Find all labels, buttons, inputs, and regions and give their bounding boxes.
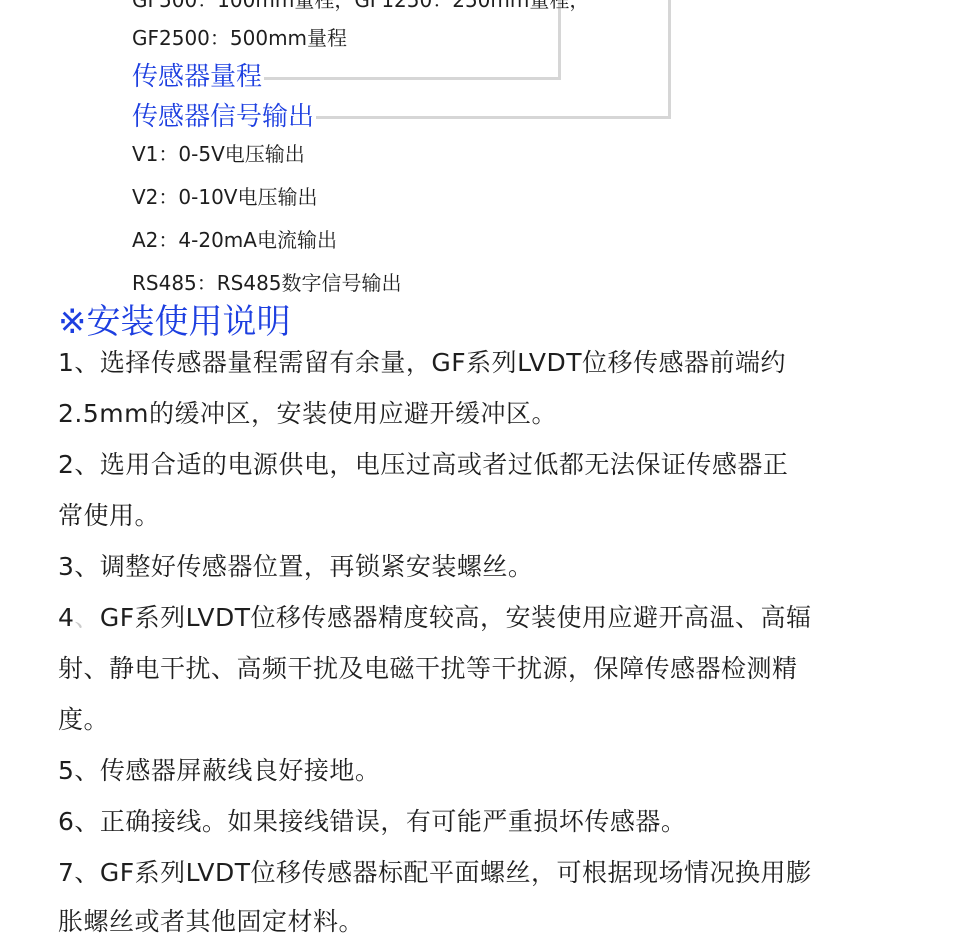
item-text: GF系列LVDT位移传感器精度较高，安装使用应避开高温、高辐 — [100, 603, 812, 632]
install-line-4-number: 4、GF系列LVDT位移传感器精度较高，安装使用应避开高温、高辐 — [58, 603, 811, 633]
install-line: 2、选用合适的电源供电，电压过高或者过低都无法保证传感器正 — [58, 450, 788, 480]
install-heading: ※安装使用说明 — [58, 302, 291, 342]
install-line: 度。 — [58, 705, 109, 735]
range-line-2: GF2500：500mm量程 — [132, 26, 347, 50]
install-line: 射、静电干扰、高频干扰及电磁干扰等干扰源，保障传感器检测精 — [58, 654, 798, 684]
install-line: 3、调整好传感器位置，再锁紧安装螺丝。 — [58, 552, 533, 582]
item-number: 4 — [58, 603, 74, 632]
install-line: 2.5mm的缓冲区，安装使用应避开缓冲区。 — [58, 399, 557, 429]
output-line-rs485: RS485：RS485数字信号输出 — [132, 271, 402, 295]
range-line-1: GF500：100mm量程，GF1250：250mm量程， — [132, 0, 589, 12]
output-line-v2: V2：0-10V电压输出 — [132, 185, 317, 209]
install-line: 7、GF系列LVDT位移传感器标配平面螺丝，可根据现场情况换用膨 — [58, 858, 811, 888]
install-line: 胀螺丝或者其他固定材料。 — [58, 907, 364, 937]
install-line: 6、正确接线。如果接线错误，有可能严重损坏传感器。 — [58, 807, 686, 837]
label-sensor-output: 传感器信号输出 — [132, 102, 316, 132]
label-sensor-range: 传感器量程 — [132, 62, 264, 92]
output-line-a2: A2：4-20mA电流输出 — [132, 228, 337, 252]
output-line-v1: V1：0-5V电压输出 — [132, 142, 305, 166]
install-line: 常使用。 — [58, 501, 160, 531]
item-separator: 、 — [74, 603, 100, 632]
install-line: 5、传感器屏蔽线良好接地。 — [58, 756, 380, 786]
install-line: 1、选择传感器量程需留有余量，GF系列LVDT位移传感器前端约 — [58, 348, 786, 378]
connector-output-vertical — [668, 0, 671, 118]
